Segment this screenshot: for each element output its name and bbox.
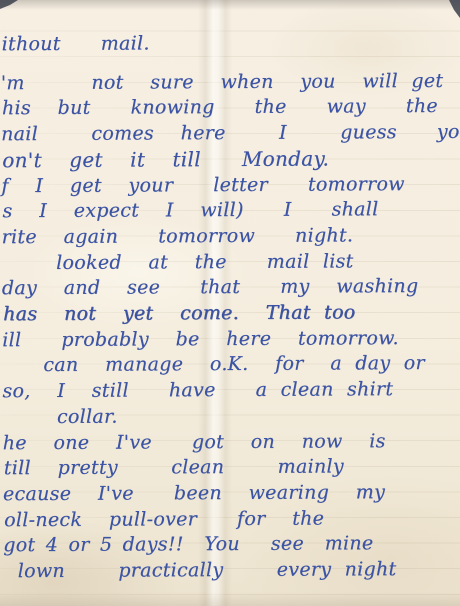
letter-line: 'm not sure when you will get xyxy=(1,68,460,96)
letter-line: on't get it till Monday. xyxy=(2,146,460,174)
letter-body: ithout mail. 'm not sure when you will g… xyxy=(1,30,460,585)
letter-line: till pretty clean mainly xyxy=(4,454,460,482)
letter-line: f I get your letter tomorrow xyxy=(1,171,460,199)
letter-line: nail comes here I guess you xyxy=(1,120,460,148)
letter-line: ill probably be here tomorrow. xyxy=(2,326,460,354)
letter-line: has not yet come. That too xyxy=(3,300,460,328)
letter-line: s I expect I will) I shall xyxy=(2,197,460,225)
letter-line: rite again tomorrow night. xyxy=(2,223,460,251)
letter-line: day and see that my washing xyxy=(2,274,460,302)
letter-line: can manage o.K. for a day or xyxy=(3,351,460,379)
letter-line: ecause I've been wearing my xyxy=(3,480,460,508)
letter-line: ithout mail. xyxy=(2,30,460,58)
letter-line: got 4 or 5 days!! You see mine xyxy=(3,531,460,559)
letter-line: collar. xyxy=(4,403,460,431)
letter-line: so, I still have a clean shirt xyxy=(2,377,460,405)
letter-line: his but knowing the way the xyxy=(2,94,460,122)
scan-bottom-edge-shadow xyxy=(0,592,460,606)
letter-line: lown practically every night xyxy=(4,557,460,585)
letter-line: oll-neck pull-over for the xyxy=(4,505,460,533)
scan-top-edge-shadow xyxy=(0,0,460,10)
letter-line: looked at the mail list xyxy=(3,248,460,276)
letter-scan: ithout mail. 'm not sure when you will g… xyxy=(0,0,460,606)
letter-line: he one I've got on now is xyxy=(3,428,460,456)
